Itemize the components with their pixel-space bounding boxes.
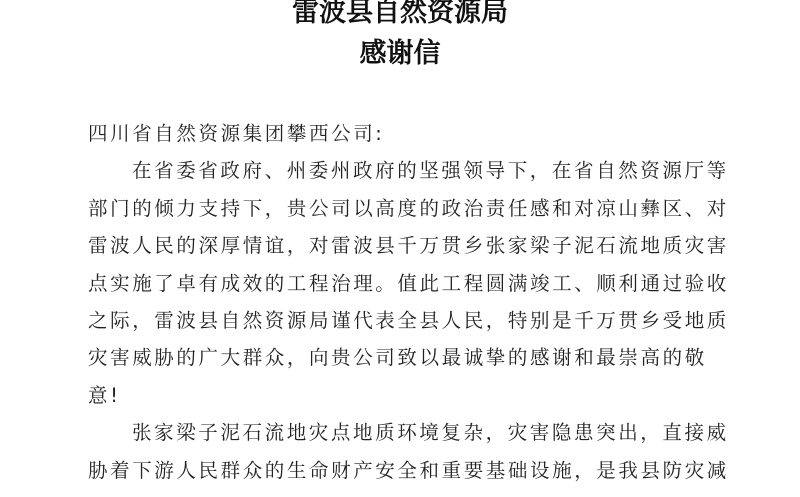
paragraph-1-line-7: 意! xyxy=(88,377,718,414)
salutation: 四川省自然资源集团攀西公司: xyxy=(88,115,718,152)
paragraph-1-line-3: 雷波人民的深厚情谊，对雷波县千万贯乡张家梁子泥石流地质灾害 xyxy=(88,227,718,264)
paragraph-1-line-2: 部门的倾力支持下，贵公司以高度的政治责任感和对凉山彝区、对 xyxy=(88,190,718,227)
paragraph-2-line-1: 张家梁子泥石流地灾点地质环境复杂，灾害隐患突出，直接威 xyxy=(88,414,718,451)
paragraph-2-line-2: 胁着下游人民群众的生命财产安全和重要基础设施，是我县防灾减 xyxy=(88,452,718,489)
letter-body: 四川省自然资源集团攀西公司: 在省委省政府、州委州政府的坚强领导下，在省自然资源… xyxy=(88,115,718,489)
document-title-issuer: 雷波县自然资源局 xyxy=(0,0,800,29)
paragraph-1-line-1: 在省委省政府、州委州政府的坚强领导下，在省自然资源厅等 xyxy=(88,152,718,189)
paragraph-1-line-5: 之际，雷波县自然资源局谨代表全县人民，特别是千万贯乡受地质 xyxy=(88,302,718,339)
document-page: 雷波县自然资源局 感谢信 四川省自然资源集团攀西公司: 在省委省政府、州委州政府… xyxy=(0,0,800,497)
document-title: 感谢信 xyxy=(0,31,800,70)
paragraph-1-line-4: 点实施了卓有成效的工程治理。值此工程圆满竣工、顺利通过验收 xyxy=(88,265,718,302)
paragraph-1-line-6: 灾害威胁的广大群众，向贵公司致以最诚挚的感谢和最崇高的敬 xyxy=(88,339,718,376)
